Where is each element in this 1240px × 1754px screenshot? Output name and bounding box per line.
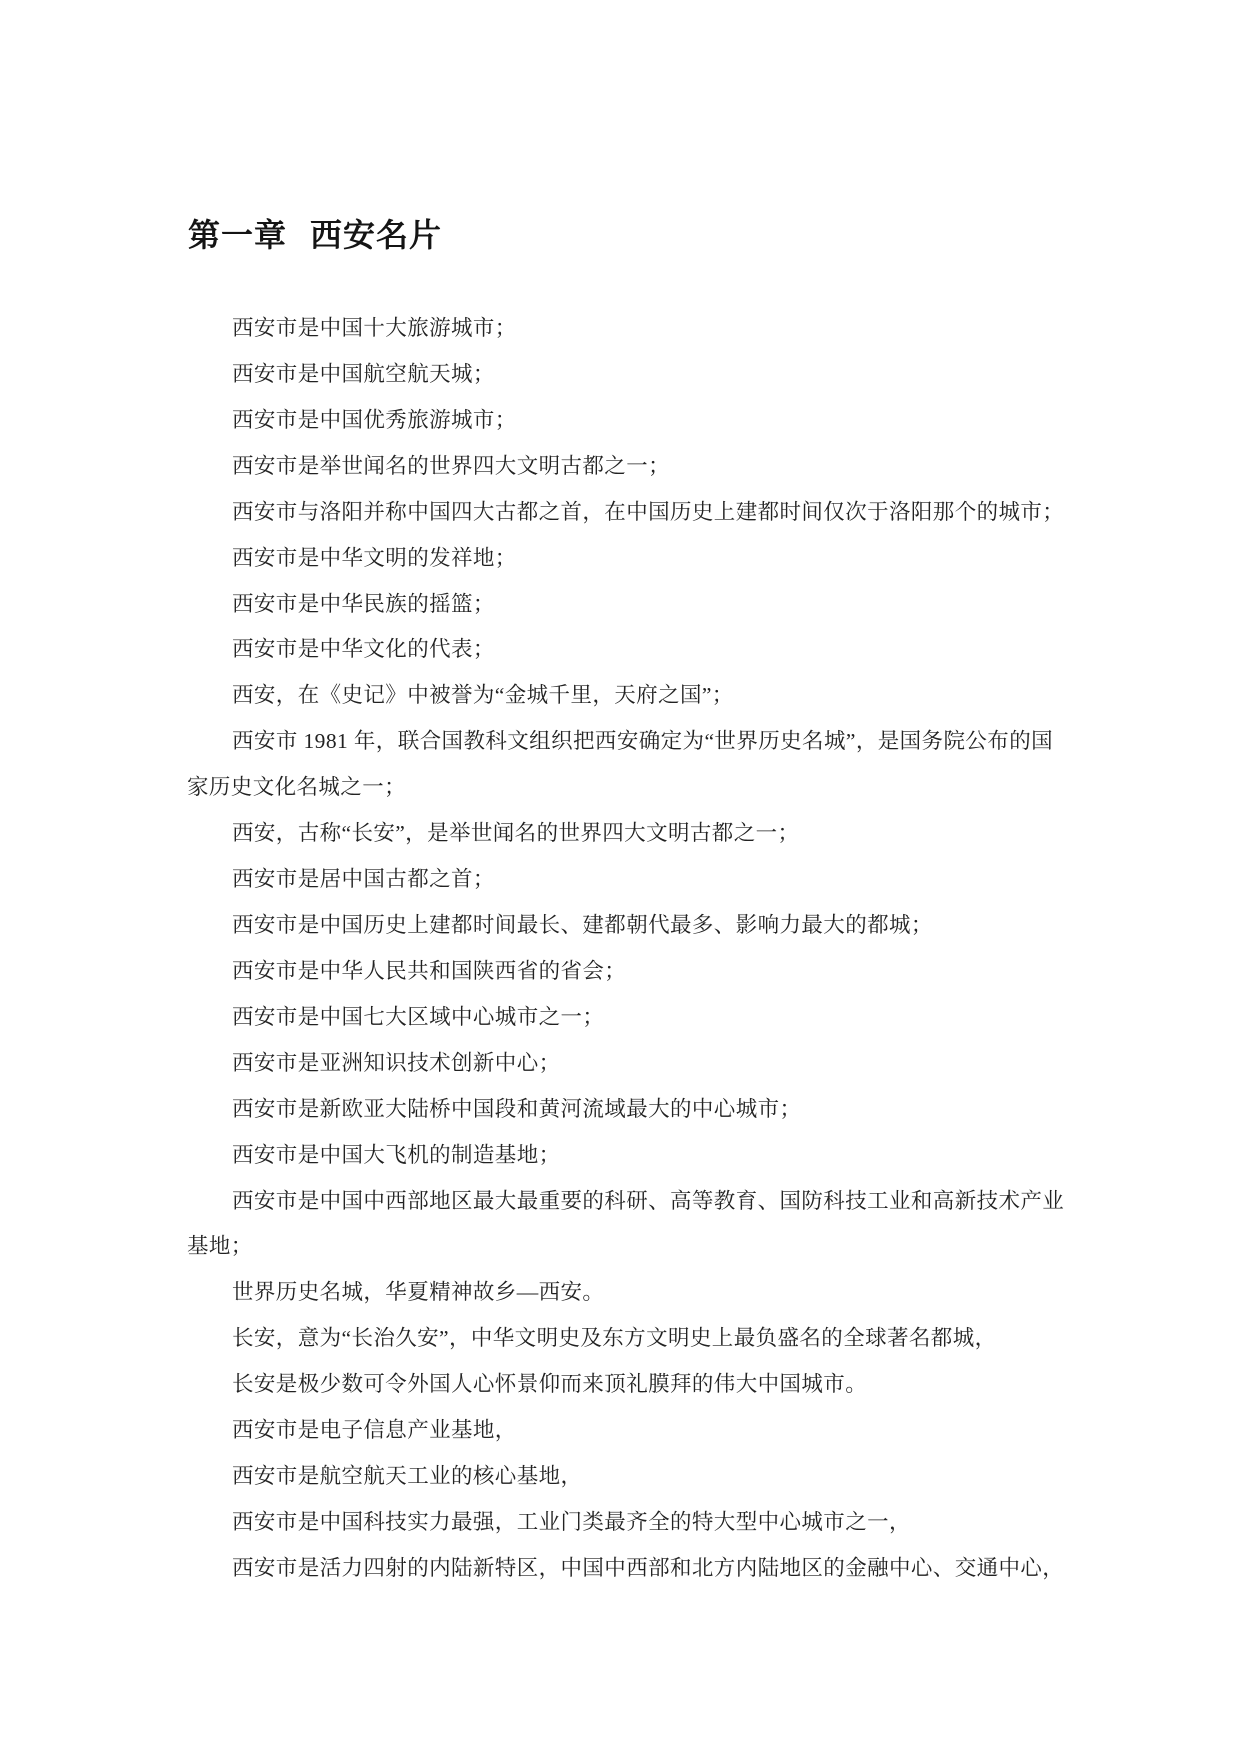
text-line: 西安市是举世闻名的世界四大文明古都之一；	[187, 444, 1053, 490]
text-line: 西安市是中国科技实力最强，工业门类最齐全的特大型中心城市之一，	[187, 1500, 1053, 1546]
text-line: 西安市是中华文明的发祥地；	[187, 536, 1053, 582]
text-line: 西安，在《史记》中被誉为“金城千里，天府之国”；	[187, 673, 1053, 719]
text-line: 西安市是中华人民共和国陕西省的省会；	[187, 949, 1053, 995]
text-line: 西安市是居中国古都之首；	[187, 857, 1053, 903]
text-line: 西安市是电子信息产业基地，	[187, 1408, 1053, 1454]
text-line: 西安市是中国优秀旅游城市；	[187, 398, 1053, 444]
text-line: 世界历史名城，华夏精神故乡—西安。	[187, 1270, 1053, 1316]
text-line: 西安市是中国大飞机的制造基地；	[187, 1133, 1053, 1179]
text-line: 西安市是活力四射的内陆新特区，中国中西部和北方内陆地区的金融中心、交通中心，	[187, 1546, 1053, 1592]
text-line: 西安市 1981 年，联合国教科文组织把西安确定为“世界历史名城”，是国务院公布…	[187, 719, 1053, 765]
text-line: 西安市是新欧亚大陆桥中国段和黄河流域最大的中心城市；	[187, 1087, 1053, 1133]
text-line: 西安，古称“长安”，是举世闻名的世界四大文明古都之一；	[187, 811, 1053, 857]
text-line: 西安市是中国历史上建都时间最长、建都朝代最多、影响力最大的都城；	[187, 903, 1053, 949]
text-line: 西安市是中国七大区域中心城市之一；	[187, 995, 1053, 1041]
text-line: 家历史文化名城之一；	[187, 765, 1053, 811]
text-line: 西安市是中华民族的摇篮；	[187, 582, 1053, 628]
chapter-title: 第一章 西安名片	[188, 217, 442, 254]
text-line: 西安市与洛阳并称中国四大古都之首，在中国历史上建都时间仅次于洛阳那个的城市；	[187, 490, 1053, 536]
text-line: 西安市是亚洲知识技术创新中心；	[187, 1041, 1053, 1087]
text-line: 西安市是中国航空航天城；	[187, 352, 1053, 398]
text-line: 西安市是中国十大旅游城市；	[187, 306, 1053, 352]
text-line: 基地；	[187, 1224, 1053, 1270]
text-line: 西安市是中国中西部地区最大最重要的科研、高等教育、国防科技工业和高新技术产业	[187, 1179, 1053, 1225]
text-line: 西安市是航空航天工业的核心基地，	[187, 1454, 1053, 1500]
text-line: 长安，意为“长治久安”，中华文明史及东方文明史上最负盛名的全球著名都城，	[187, 1316, 1053, 1362]
text-line: 西安市是中华文化的代表；	[187, 627, 1053, 673]
text-line: 长安是极少数可令外国人心怀景仰而来顶礼膜拜的伟大中国城市。	[187, 1362, 1053, 1408]
document-body: 西安市是中国十大旅游城市；西安市是中国航空航天城；西安市是中国优秀旅游城市；西安…	[187, 306, 1053, 1592]
document-page: 第一章 西安名片 西安市是中国十大旅游城市；西安市是中国航空航天城；西安市是中国…	[0, 0, 1240, 1754]
